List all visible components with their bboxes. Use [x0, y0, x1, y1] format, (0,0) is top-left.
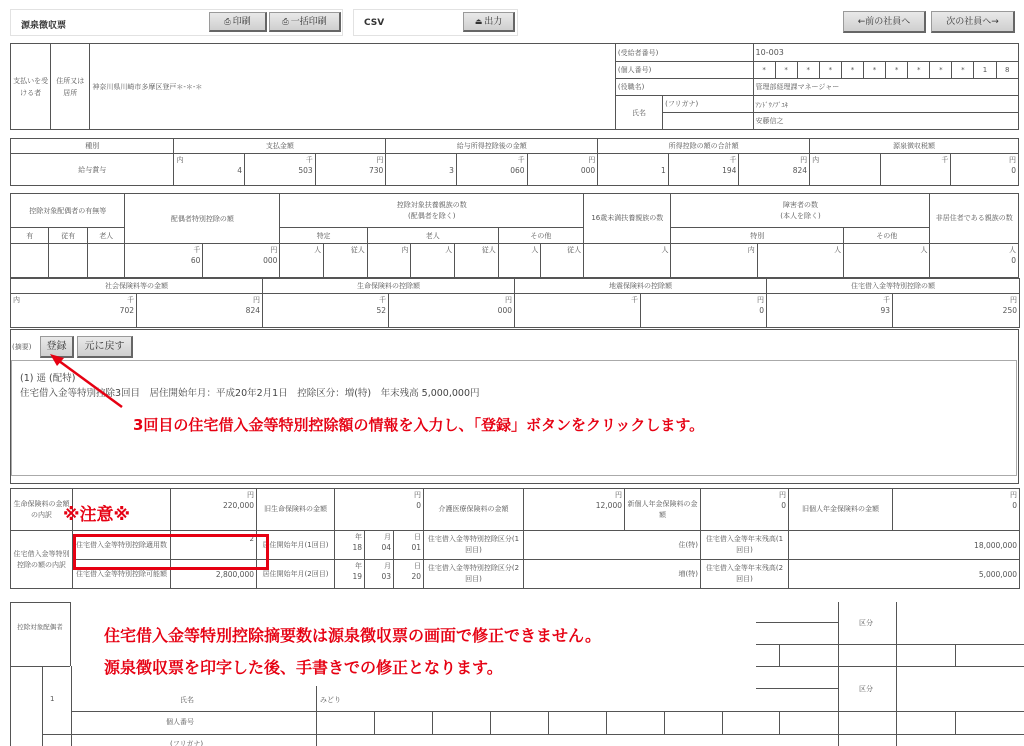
row-number: 1	[50, 695, 54, 703]
withholding-slip-panel: 源泉徴収票 ⎙印刷 ⎙一括印刷	[10, 9, 343, 36]
withholding-yen[interactable]: 0	[953, 165, 1016, 177]
after-deduction-thousand[interactable]: 060	[459, 165, 525, 177]
total-deduction-million[interactable]: 1	[600, 165, 666, 177]
payee-label: 支払いを受ける者	[11, 44, 51, 130]
other-disabled-header: その他	[844, 228, 930, 244]
payment-thousand[interactable]: 503	[247, 165, 313, 177]
name-label: 氏名	[615, 96, 662, 130]
total-deduction-header: 所得控除の額の合計額	[598, 139, 810, 154]
spouse-section-label: 控除対象配偶者	[12, 622, 68, 633]
prev-employee-button[interactable]: ←前の社員へ	[843, 11, 926, 33]
cat-1-label: 住宅借入金等特別控除区分(1回目)	[424, 531, 524, 560]
bal-1-label: 住宅借入金等年末残高(1回目)	[701, 531, 789, 560]
dep-name-label: 氏名	[180, 695, 194, 705]
housing-thousand[interactable]: 93	[769, 305, 890, 317]
social-thousand[interactable]: 702	[13, 305, 134, 317]
individual-no-digit: *	[819, 62, 841, 79]
bal-2-value[interactable]: 5,000,000	[789, 560, 1020, 589]
individual-no-label: (個人番号)	[615, 62, 753, 79]
recipient-table: 支払いを受ける者 住所又は居所 神奈川県川崎市多摩区登戸＊-＊-＊ (受給者番号…	[10, 43, 1019, 130]
social-yen[interactable]: 824	[139, 305, 260, 317]
housing-yen[interactable]: 250	[895, 305, 1017, 317]
name-value: 安藤信之	[753, 113, 1018, 130]
bal-2-label: 住宅借入金等年末残高(2回目)	[701, 560, 789, 589]
life-insurance-header: 生命保険料の控除額	[263, 279, 515, 294]
specific-header: 特定	[280, 228, 367, 244]
individual-no-digit: *	[886, 62, 908, 79]
note-line-2: 源泉徴収票を印字した後、手書きでの修正となります。	[104, 655, 503, 678]
individual-no-digit: *	[841, 62, 863, 79]
start-1-year[interactable]: 18	[337, 542, 362, 554]
highlight-applied-count	[73, 534, 269, 570]
individual-no-digit: *	[930, 62, 952, 79]
life-thousand[interactable]: 52	[265, 305, 386, 317]
panel-title: 源泉徴収票	[21, 18, 66, 31]
old-pension-label: 旧個人年金保険料の金額	[789, 489, 893, 531]
housing-deduction-header: 住宅借入金等特別控除の額	[767, 279, 1020, 294]
old-pension-amount[interactable]: 0	[895, 500, 1017, 512]
after-deduction-yen[interactable]: 000	[530, 165, 596, 177]
register-button[interactable]: 登録	[40, 336, 74, 358]
start-2-year[interactable]: 19	[337, 571, 362, 583]
print-button[interactable]: ⎙印刷	[209, 12, 267, 32]
earthquake-insurance-header: 地震保険料の控除額	[515, 279, 767, 294]
output-button[interactable]: ⏏出力	[463, 12, 515, 32]
disabled-header: 障害者の数(本人を除く)	[671, 194, 930, 228]
withholding-tax-header: 源泉徴収税額	[810, 139, 1019, 154]
printer-icon: ⎙	[224, 17, 230, 26]
position-label: (役職名)	[615, 79, 753, 96]
old-life-label: 旧生命保険料の金額	[257, 489, 335, 531]
dependents-header: 控除対象扶養親族の数(配偶者を除く)	[280, 194, 584, 228]
kubun-label-1: 区分	[859, 618, 873, 628]
spouse-special-header: 配偶者特別控除の額	[125, 194, 280, 244]
individual-no-digit: *	[908, 62, 930, 79]
bulk-print-button[interactable]: ⎙一括印刷	[269, 12, 341, 32]
printer-icon: ⎙	[282, 17, 288, 26]
next-employee-button[interactable]: 次の社員へ→	[931, 11, 1015, 33]
housing-breakdown-label: 住宅借入金等特別控除の額の内訳	[11, 531, 73, 589]
type-header: 種別	[11, 139, 174, 154]
spouse-elder-cell[interactable]	[87, 244, 124, 278]
type-value: 給与賞与	[11, 154, 174, 186]
cat-2-label: 住宅借入金等特別控除区分(2回目)	[424, 560, 524, 589]
start-2-day[interactable]: 20	[396, 571, 421, 583]
individual-no-digit: 8	[996, 62, 1018, 79]
spouse-has-header: 有	[11, 228, 49, 244]
other-header: その他	[498, 228, 583, 244]
dep-name-value[interactable]: みどり	[320, 695, 341, 705]
start-1-day[interactable]: 01	[396, 542, 421, 554]
memo-label: (摘要)	[12, 342, 31, 352]
instruction-annotation: 3回目の住宅借入金等特別控除額の情報を入力し、「登録」ボタンをクリックします。	[133, 414, 704, 435]
elder-header: 老人	[367, 228, 498, 244]
after-deduction-header: 給与所得控除後の金額	[386, 139, 598, 154]
care-label: 介護医療保険料の金額	[424, 489, 524, 531]
earthquake-yen[interactable]: 0	[643, 305, 764, 317]
start-1-month[interactable]: 04	[367, 542, 391, 554]
payment-million[interactable]: 4	[176, 165, 242, 177]
total-deduction-yen[interactable]: 824	[741, 165, 807, 177]
dependents-table: 控除対象配偶者の有無等 配偶者特別控除の額 控除対象扶養親族の数(配偶者を除く)…	[10, 193, 1019, 278]
furigana-label: (フリガナ)	[663, 96, 753, 113]
individual-no-digit: *	[775, 62, 797, 79]
bal-1-value[interactable]: 18,000,000	[789, 531, 1020, 560]
memo-line-2: 住宅借入金等特別控除3回目 居住開始年月：平成20年2月1日 控除区分：増(特)…	[20, 385, 480, 399]
kubun-label-2: 区分	[859, 684, 873, 694]
care-amount[interactable]: 12,000	[526, 500, 622, 512]
caution-annotation: ※注意※	[63, 500, 130, 525]
spouse-ju-header: 従有	[49, 228, 87, 244]
address-label: 住所又は居所	[51, 44, 90, 130]
individual-no-digit: 1	[974, 62, 996, 79]
individual-no-digit: *	[753, 62, 775, 79]
after-deduction-million[interactable]: 3	[388, 165, 454, 177]
individual-no-digit: *	[797, 62, 819, 79]
life-yen[interactable]: 000	[391, 305, 512, 317]
memo-line-1: (1) 遥 (配特)	[20, 370, 75, 384]
social-insurance-header: 社会保険料等の金額	[11, 279, 263, 294]
note-line-1: 住宅借入金等特別控除摘要数は源泉徴収票の画面で修正できません。	[104, 623, 601, 646]
spouse-ju-cell[interactable]	[49, 244, 87, 278]
address-value[interactable]: 神奈川県川崎市多摩区登戸＊-＊-＊	[90, 44, 616, 130]
position-value: 管理部経理課マネージャー	[753, 79, 1018, 96]
cat-1-value[interactable]: 住(特)	[524, 531, 701, 560]
spouse-has-cell[interactable]	[11, 244, 49, 278]
new-pension-amount[interactable]: 0	[703, 500, 786, 512]
start-2-month[interactable]: 03	[367, 571, 391, 583]
payment-header: 支払金額	[174, 139, 386, 154]
spouse-header: 控除対象配偶者の有無等	[11, 194, 125, 228]
total-deduction-thousand[interactable]: 194	[671, 165, 737, 177]
dep-furigana-label: (フリガナ)	[170, 739, 203, 746]
furigana-value: ｱﾝﾄﾞｳﾉﾌﾞﾕｷ	[753, 96, 1018, 113]
under16-header: 16歳未満扶養親族の数	[584, 194, 671, 244]
old-life-amount[interactable]: 0	[337, 500, 421, 512]
csv-panel: CSV ⏏出力	[353, 9, 518, 36]
payment-yen[interactable]: 730	[318, 165, 384, 177]
individual-no-digit: *	[952, 62, 974, 79]
toolbar: 源泉徴収票 ⎙印刷 ⎙一括印刷 CSV ⏏出力 ←前の社員へ 次の社員へ→	[0, 0, 1024, 40]
panel-title: CSV	[364, 18, 384, 28]
revert-button[interactable]: 元に戻す	[77, 336, 133, 358]
new-pension-label: 新個人年金保険料の金額	[625, 489, 701, 531]
name-blank	[663, 113, 753, 130]
cat-2-value[interactable]: 増(特)	[524, 560, 701, 589]
new-life-amount[interactable]: 220,000	[173, 500, 254, 512]
spouse-special-thousand[interactable]: 60	[127, 255, 200, 267]
individual-no-digit: *	[864, 62, 886, 79]
nonresident-count[interactable]: 0	[932, 255, 1016, 267]
income-table: 種別 支払金額 給与所得控除後の金額 所得控除の額の合計額 源泉徴収税額 給与賞…	[10, 138, 1019, 186]
recipient-no-label: (受給者番号)	[615, 44, 753, 62]
dep-indiv-label: 個人番号	[166, 717, 194, 727]
upload-icon: ⏏	[475, 17, 483, 26]
spouse-special-yen[interactable]: 000	[205, 255, 277, 267]
nonresident-header: 非居住者である親族の数	[930, 194, 1019, 244]
insurance-table: 社会保険料等の金額 生命保険料の控除額 地震保険料の控除額 住宅借入金等特別控除…	[10, 278, 1020, 328]
special-disabled-header: 特別	[671, 228, 844, 244]
recipient-no-value: 10-003	[753, 44, 1018, 62]
spouse-elder-header: 老人	[87, 228, 124, 244]
